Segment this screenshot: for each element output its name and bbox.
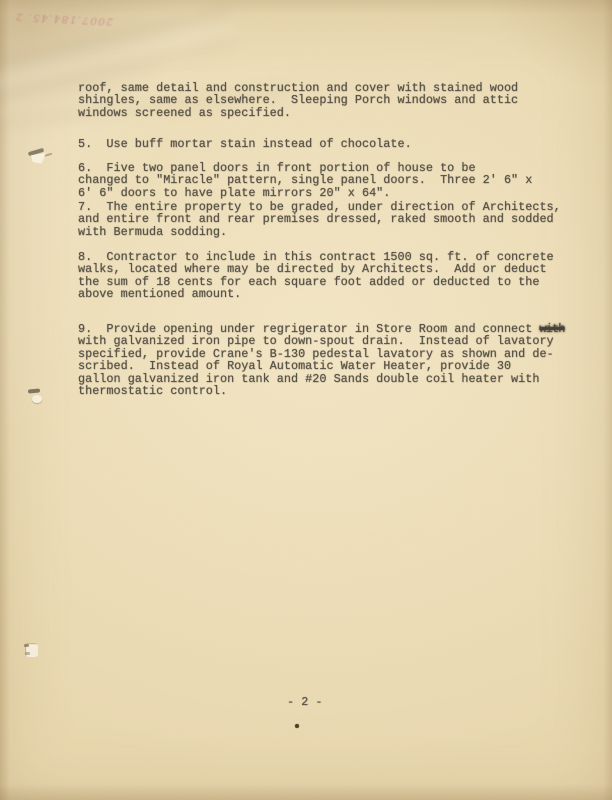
ink-dot bbox=[295, 724, 299, 728]
paragraph-item-6: 6. Five two panel doors in front portion… bbox=[78, 162, 590, 199]
paragraph-item-9: 9. Provide opening under regrigerator in… bbox=[78, 323, 590, 398]
accession-number-handwriting: 2007.184.45. 2 bbox=[4, 0, 125, 28]
tear-highlight bbox=[32, 395, 42, 403]
staple-hole-middle bbox=[27, 387, 47, 409]
paragraph-item-8: 8. Contractor to include in this contrac… bbox=[78, 251, 590, 301]
staple-hole-top bbox=[26, 144, 52, 170]
scanned-document: 2007.184.45. 2 roof, same detail and con… bbox=[0, 0, 612, 800]
staple-hole-bottom bbox=[22, 640, 42, 662]
tear-shadow bbox=[28, 388, 40, 393]
paragraph-9-continuation: with galvanized iron pipe to down-spout … bbox=[78, 334, 554, 398]
paper-texture bbox=[0, 0, 612, 800]
paper-page: 2007.184.45. 2 roof, same detail and con… bbox=[0, 0, 612, 800]
page-number: - 2 - bbox=[287, 696, 367, 708]
tear-shadow bbox=[24, 644, 29, 647]
paragraph-item-5: 5. Use buff mortar stain instead of choc… bbox=[78, 138, 590, 150]
paragraph-item-7: 7. The entire property to be graded, und… bbox=[78, 201, 590, 238]
paragraph-roof-continuation: roof, same detail and construction and c… bbox=[78, 82, 590, 119]
